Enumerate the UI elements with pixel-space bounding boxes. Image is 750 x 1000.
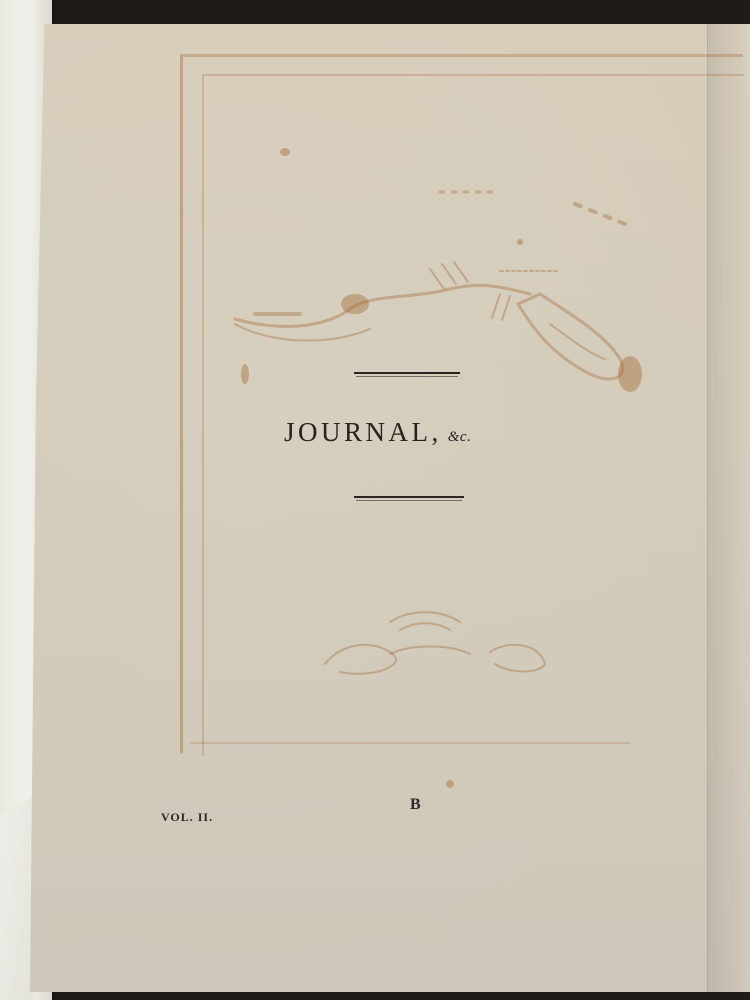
- title-rule-top: [354, 372, 460, 374]
- book-page: JOURNAL,&c. VOL. II. B: [30, 24, 750, 992]
- title-rule-bottom: [354, 496, 464, 498]
- page-title: JOURNAL,&c.: [284, 417, 471, 448]
- title-text: JOURNAL,: [284, 417, 442, 447]
- book-photo: JOURNAL,&c. VOL. II. B: [0, 0, 750, 1000]
- offset-map-ghost-icon: [30, 24, 750, 992]
- signature-mark: B: [410, 796, 421, 814]
- title-suffix: &c.: [448, 429, 472, 445]
- volume-label: VOL. II.: [161, 810, 213, 825]
